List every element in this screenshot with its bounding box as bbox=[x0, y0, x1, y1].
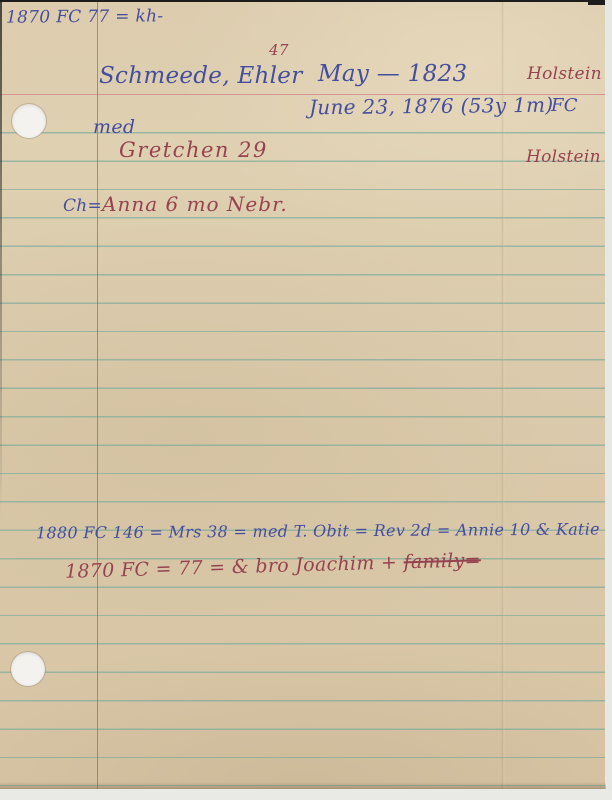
entry-death-source: FC bbox=[551, 95, 578, 116]
entry-birth-place: Holstein bbox=[527, 64, 602, 84]
scan-border-right bbox=[605, 0, 612, 800]
scanned-ledger-page: 1870 FC 77 = kh- Schmeede, Ehler 47 May … bbox=[0, 0, 612, 800]
census-1880-note: 1880 FC 146 = Mrs 38 = med T. Obit = Rev… bbox=[36, 519, 612, 543]
fold-crease bbox=[501, 0, 505, 789]
entry-death-date: June 23, 1876 (53y 1m) bbox=[309, 93, 554, 120]
top-left-census-note: 1870 FC 77 = kh- bbox=[6, 6, 164, 27]
census-1870-struck-word: family= bbox=[403, 549, 481, 573]
entry-birth-date: May — 1823 bbox=[318, 61, 467, 87]
entry-surname-name: Schmeede, Ehler bbox=[99, 63, 303, 89]
punch-hole-bottom bbox=[11, 652, 45, 686]
ruled-lines bbox=[0, 132, 606, 786]
spouse-birth-place: Holstein bbox=[526, 147, 601, 167]
children-label: Ch= bbox=[63, 196, 102, 216]
paper-bottom-edge-shadow bbox=[0, 782, 606, 789]
scan-edge-top-right bbox=[588, 0, 606, 5]
scan-border-bottom bbox=[0, 789, 612, 800]
married-label: med bbox=[93, 116, 135, 138]
punch-hole-top bbox=[12, 104, 46, 138]
spouse-name: Gretchen 29 bbox=[119, 138, 268, 162]
scan-edge-left bbox=[0, 0, 2, 520]
children-names: Anna 6 mo Nebr. bbox=[102, 192, 288, 216]
scan-edge-top bbox=[0, 0, 612, 2]
entry-age-superscript: 47 bbox=[269, 41, 289, 59]
